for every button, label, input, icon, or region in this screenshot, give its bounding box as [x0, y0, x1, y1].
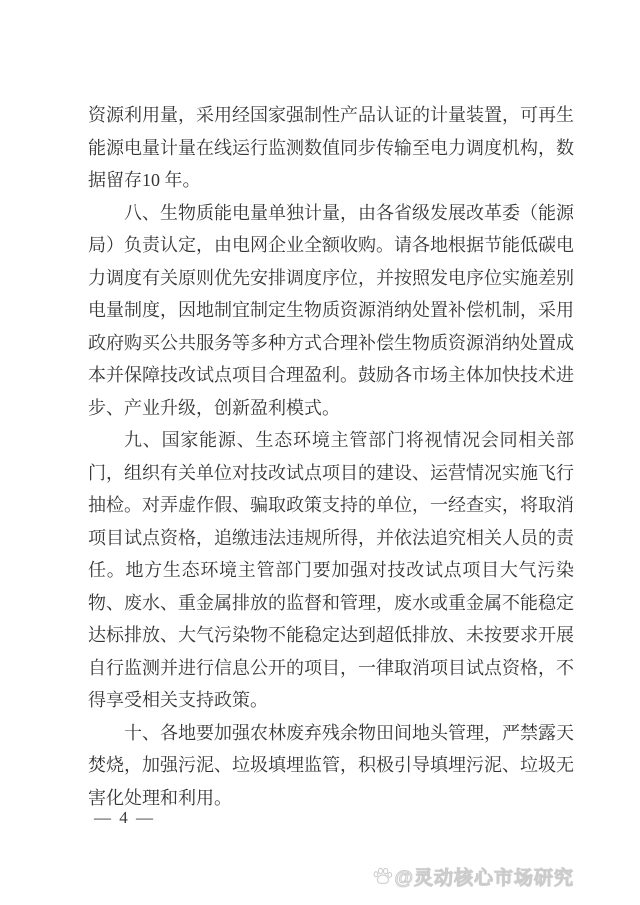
scanned-document-page: 资源利用量，采用经国家强制性产品认证的计量装置，可再生能源电量计量在线运行监测数…: [0, 0, 640, 905]
paragraph-item-9: 九、国家能源、生态环境主管部门将视情况会同相关部门，组织有关单位对技改试点项目的…: [88, 424, 574, 717]
paragraph-continuation: 资源利用量，采用经国家强制性产品认证的计量装置，可再生能源电量计量在线运行监测数…: [88, 99, 574, 197]
paragraph-item-8: 八、生物质能电量单独计量，由各省级发展改革委（能源局）负责认定，由电网企业全额收…: [88, 197, 574, 425]
paragraph-item-10: 十、各地要加强农林废弃残余物田间地头管理，严禁露天焚烧，加强污泥、垃圾填埋监管，…: [88, 717, 574, 815]
document-body: 资源利用量，采用经国家强制性产品认证的计量装置，可再生能源电量计量在线运行监测数…: [88, 99, 574, 814]
paw-icon: [372, 866, 393, 887]
watermark-text: @灵动核心市场研究: [394, 863, 574, 890]
watermark: @灵动核心市场研究: [372, 863, 574, 890]
page-number: — 4 —: [94, 808, 155, 828]
